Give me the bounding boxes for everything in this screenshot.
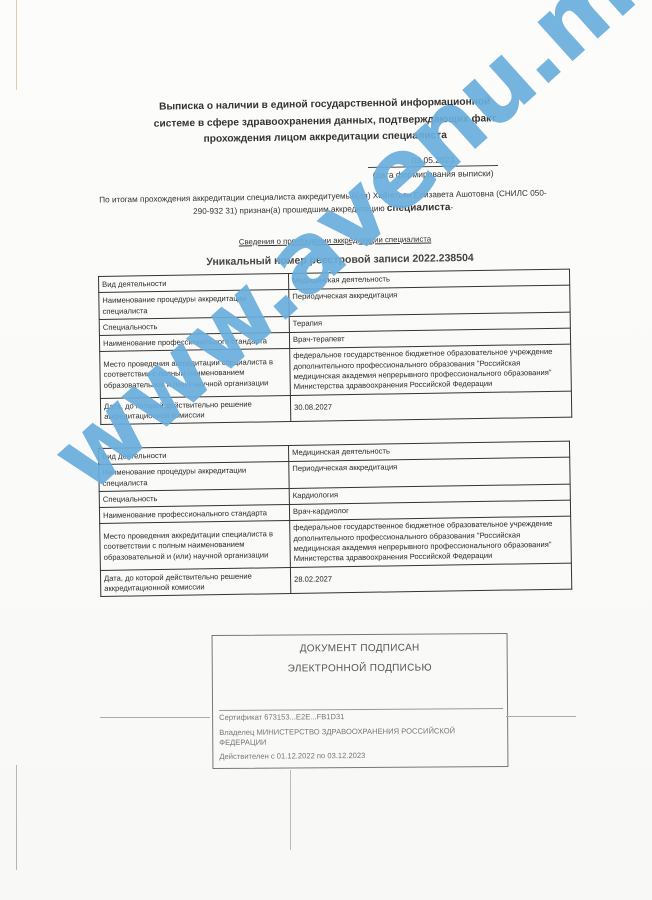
scanned-page: Выписка о наличии в единой государственн… [0,0,652,900]
row-label: Место проведения аккредитации специалист… [100,349,291,398]
scan-artifact-line [290,770,291,850]
stamp-heading-1: ДОКУМЕНТ ПОДПИСАН [213,642,507,655]
intro-paragraph: По итогам прохождения аккредитации специ… [98,186,548,219]
row-label: Наименование процедуры аккредитации спец… [99,290,289,320]
row-value: 28.02.2027 [290,563,571,594]
row-label: Дата, до которой действительно решение а… [100,395,290,425]
row-value: федеральное государственное бюджетное об… [290,517,572,568]
scan-edge [16,0,17,90]
row-label: Место проведения аккредитации специалист… [100,521,291,570]
statement-date-caption: (дата формирования выписки) [368,166,498,180]
row-value: федеральное государственное бюджетное об… [290,345,572,396]
electronic-signature-stamp: ДОКУМЕНТ ПОДПИСАН ЭЛЕКТРОННОЙ ПОДПИСЬЮ С… [212,633,509,769]
scan-edge [16,765,17,870]
stamp-certificate: Сертификат 673153...E2E...FB1D31 [219,708,503,722]
stamp-validity: Действителен с 01.12.2022 по 03.12.2023 [219,750,503,761]
document-title: Выписка о наличии в единой государственн… [150,94,501,149]
row-label: Наименование процедуры аккредитации спец… [99,462,289,492]
table-row: Место проведения аккредитации специалист… [100,345,572,399]
accreditation-table-1: Вид деятельности Медицинская деятельност… [98,269,572,426]
row-label: Дата, до которой действительно решение а… [100,567,290,597]
table-row: Место проведения аккредитации специалист… [100,517,572,571]
scan-artifact-line [100,717,210,718]
scan-artifact-line [506,716,576,717]
stamp-heading-2: ЭЛЕКТРОННОЙ ПОДПИСЬЮ [213,662,507,675]
row-value: 30.08.2027 [290,391,571,422]
intro-emphasis: специалиста [387,202,451,214]
intro-text: По итогам прохождения аккредитации специ… [99,188,546,216]
registry-number: Уникальный номер реестровой записи 2022.… [205,252,475,268]
section-title: Сведения о прохождении аккредитации спец… [215,234,455,247]
date-block: 03.05.2023 (дата формирования выписки) [368,154,498,180]
accreditation-table-2: Вид деятельности Медицинская деятельност… [98,441,572,598]
stamp-owner: Владелец МИНИСТЕРСТВО ЗДРАВООХРАНЕНИЯ РО… [219,726,503,748]
